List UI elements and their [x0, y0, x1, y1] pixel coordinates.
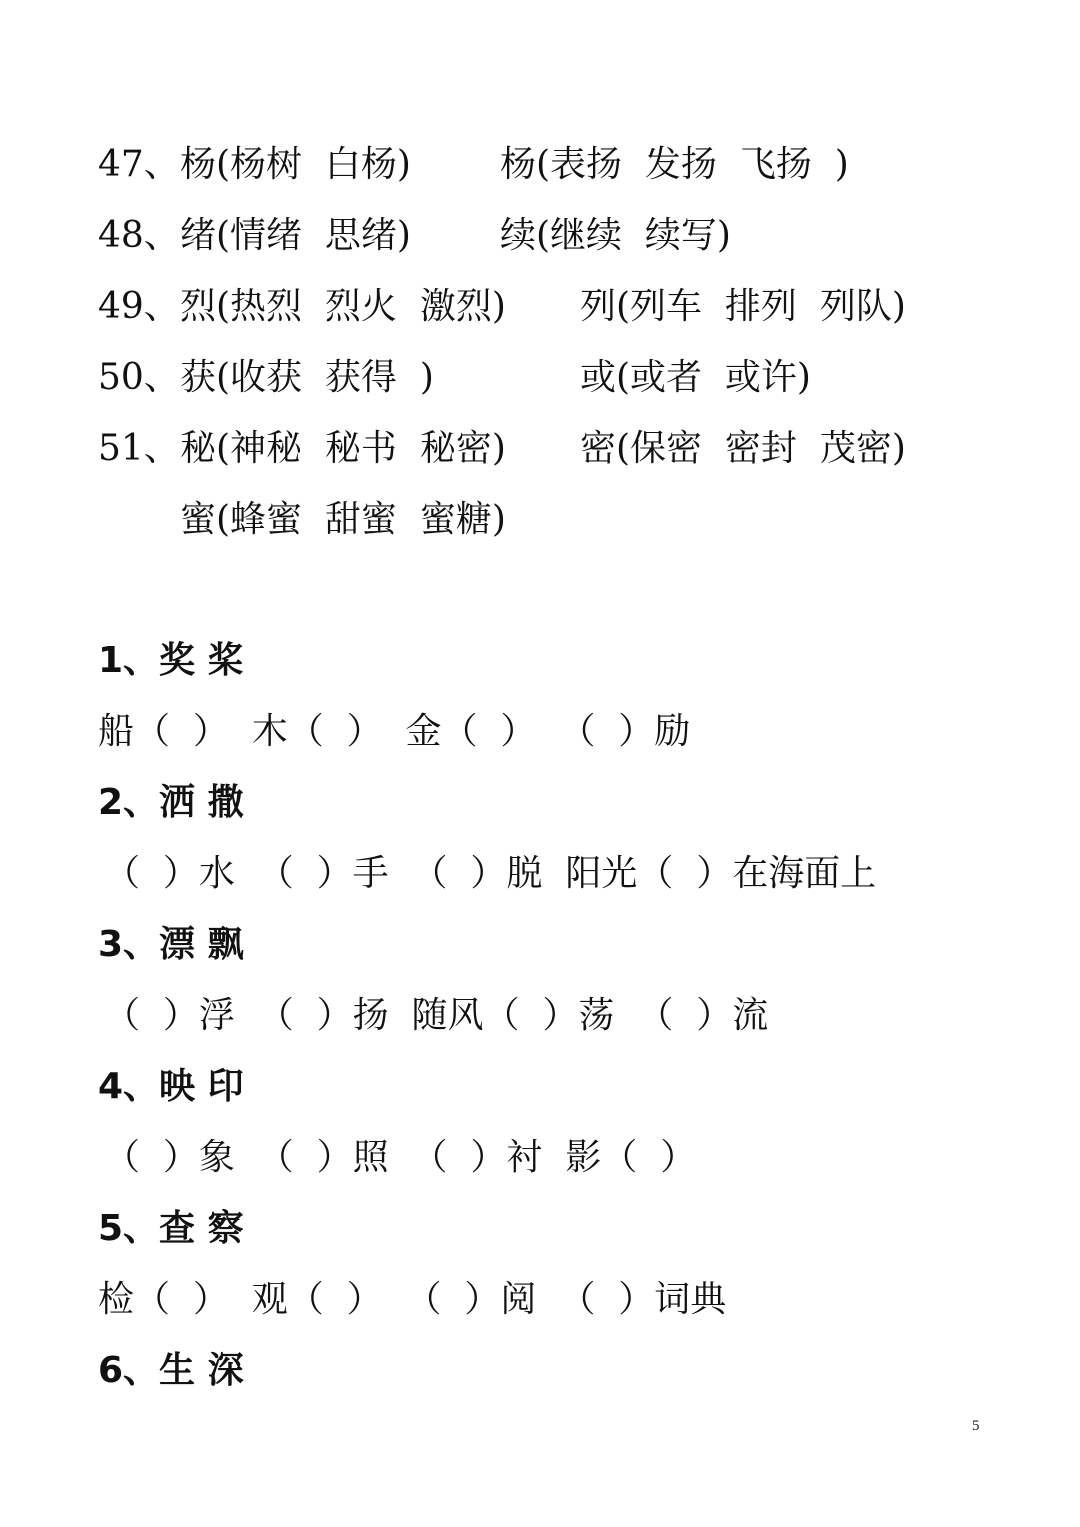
word-group-left: 绪(情绪 思绪) — [180, 211, 411, 261]
word-group-number: 51、 — [98, 424, 180, 474]
exercise-heading-3: 3、漂 飘 — [98, 920, 244, 970]
word-group-number: 49、 — [98, 282, 180, 332]
word-group-number: 48、 — [98, 211, 180, 261]
word-group-extra: 蜜(蜂蜜 甜蜜 蜜糖) — [180, 495, 506, 545]
exercise-heading-6: 6、生 深 — [98, 1346, 244, 1396]
word-group-right: 密(保密 密封 茂密) — [580, 424, 906, 474]
word-group-48: 48、 绪(情绪 思绪) 续(继续 续写) — [98, 211, 144, 261]
word-group-50: 50、 获(收获 获得 ) 或(或者 或许) — [98, 353, 144, 403]
page-number: 5 — [972, 1418, 980, 1435]
word-group-number: 50、 — [98, 353, 180, 403]
exercise-blanks-3: （ ）浮 （ ）扬 随风（ ）荡 （ ）流 — [104, 991, 768, 1041]
word-group-number: 47、 — [98, 140, 180, 190]
word-group-left: 杨(杨树 白杨) — [180, 140, 411, 190]
word-group-right: 续(继续 续写) — [500, 211, 731, 261]
exercise-blanks-4: （ ）象 （ ）照 （ ）衬 影（ ） — [104, 1133, 696, 1183]
word-group-left: 秘(神秘 秘书 秘密) — [180, 424, 506, 474]
word-group-left: 烈(热烈 烈火 激烈) — [180, 282, 506, 332]
exercise-blanks-1: 船（ ） 木（ ） 金（ ） （ ）励 — [98, 707, 690, 757]
word-group-49: 49、 烈(热烈 烈火 激烈) 列(列车 排列 列队) — [98, 282, 144, 332]
word-group-51-extra: 蜜(蜂蜜 甜蜜 蜜糖) — [98, 495, 144, 545]
exercise-heading-1: 1、奖 桨 — [98, 636, 244, 686]
exercise-heading-5: 5、查 察 — [98, 1204, 244, 1254]
exercise-blanks-5: 检（ ） 观（ ） （ ）阅 （ ）词典 — [98, 1275, 726, 1325]
exercise-heading-4: 4、映 印 — [98, 1062, 244, 1112]
exercise-blanks-2: （ ）水 （ ）手 （ ）脱 阳光（ ）在海面上 — [104, 849, 876, 899]
exercise-heading-2: 2、洒 撒 — [98, 778, 244, 828]
word-group-right: 或(或者 或许) — [580, 353, 811, 403]
word-group-51: 51、 秘(神秘 秘书 秘密) 密(保密 密封 茂密) — [98, 424, 144, 474]
word-group-right: 列(列车 排列 列队) — [580, 282, 906, 332]
word-group-right: 杨(表扬 发扬 飞扬 ) — [500, 140, 849, 190]
word-group-47: 47、 杨(杨树 白杨) 杨(表扬 发扬 飞扬 ) — [98, 140, 144, 190]
word-group-left: 获(收获 获得 ) — [180, 353, 434, 403]
document-page: 47、 杨(杨树 白杨) 杨(表扬 发扬 飞扬 ) 48、 绪(情绪 思绪) 续… — [0, 0, 1080, 1527]
